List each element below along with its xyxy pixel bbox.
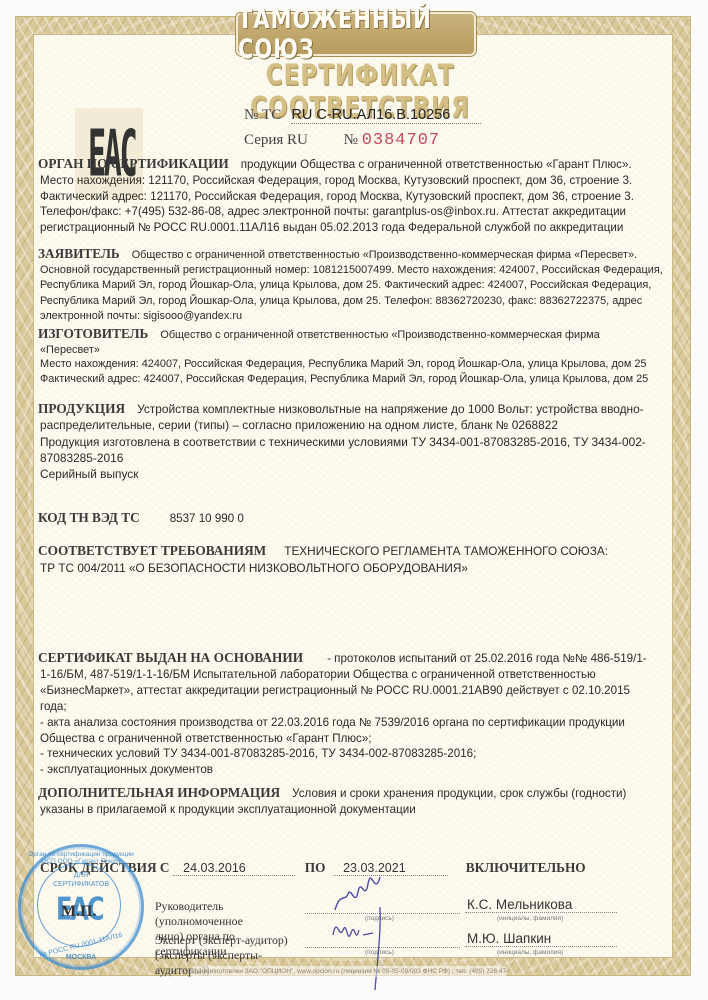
name-caption: (инициалы, фамилия) <box>497 915 563 922</box>
section-line: - технических условий ТУ 3434-001-870832… <box>38 746 668 762</box>
section-line: ТР ТС 004/2011 «О БЕЗОПАСНОСТИ НИЗКОВОЛЬ… <box>38 560 668 577</box>
section-requirements: СООТВЕТСТВУЕТ ТРЕБОВАНИЯМТЕХНИЧЕСКОГО РЕ… <box>38 542 668 577</box>
section-line: Условия и сроки хранения продукции, срок… <box>292 787 626 800</box>
section-heading: ИЗГОТОВИТЕЛЬ <box>38 326 148 341</box>
section-manufacturer: ИЗГОТОВИТЕЛЬОбщество с ограниченной отве… <box>38 327 668 386</box>
section-line: регистрационный № РОСС RU.0001.11АЛ16 вы… <box>38 220 668 236</box>
role-line: Руководитель (уполномоченное <box>155 899 295 929</box>
section-heading: КОД ТН ВЭД ТС <box>38 510 140 525</box>
blank-number-label: № <box>344 132 358 148</box>
section-line: электронной почты: sigisooo@yandex.ru <box>38 309 668 324</box>
section-heading: ЗАЯВИТЕЛЬ <box>38 246 120 261</box>
stamp-mp-label: М.П. <box>61 903 97 921</box>
stamp-center-text: ДЛЯ СЕРТИФИКАТОВ <box>21 871 141 889</box>
section-hs-code: КОД ТН ВЭД ТС8537 10 990 0 <box>38 510 668 527</box>
section-line: Серийный выпуск <box>38 466 668 482</box>
section-line: 87083285-2016 <box>38 450 668 466</box>
tc-number-line: № ТС RU C-RU.АЛ16.В.10256 <box>244 106 481 124</box>
role-line: Эксперт (эксперт-аудитор) <box>155 933 295 948</box>
section-line: Устройства комплектные низковольтные на … <box>137 402 644 416</box>
section-certification-body: ОРГАН ПО СЕРТИФИКАЦИИпродукции Общества … <box>38 156 668 236</box>
section-line: продукции Общества с ограниченной ответс… <box>241 158 632 171</box>
section-line: Общество с ограниченной ответственностью… <box>132 249 637 261</box>
section-line: ТЕХНИЧЕСКОГО РЕГЛАМЕНТА ТАМОЖЕННОГО СОЮЗ… <box>284 544 608 558</box>
section-line: 1-16/БМ, 487-519/1-1-16/БМ Испытательной… <box>38 667 668 683</box>
section-line: Республика Марий Эл, город Йошкар-Ола, у… <box>38 294 668 309</box>
section-heading: ПРОДУКЦИЯ <box>38 401 125 416</box>
section-line: - протоколов испытаний от 25.02.2016 год… <box>327 652 647 665</box>
signature-row-expert: Эксперт (эксперт-аудитор) (эксперты (экс… <box>155 933 655 969</box>
section-line: «БизнесМаркет», аттестат аккредитации ре… <box>38 683 668 699</box>
section-product: ПРОДУКЦИЯУстройства комплектные низковол… <box>38 401 668 482</box>
section-heading: СЕРТИФИКАТ ВЫДАН НА ОСНОВАНИИ <box>38 650 303 665</box>
validity-inclusive-label: ВКЛЮЧИТЕЛЬНО <box>466 860 586 875</box>
section-line: - эксплуатационных документов <box>38 762 668 778</box>
signature-expert-icon <box>325 905 395 995</box>
signature-row-head: Руководитель (уполномоченное лицо) орган… <box>155 899 655 935</box>
section-issue-basis: СЕРТИФИКАТ ВЫДАН НА ОСНОВАНИИ- протоколо… <box>38 650 668 778</box>
section-line: Фактический адрес: 121170, Российская Фе… <box>38 189 668 205</box>
name-caption: (инициалы, фамилия) <box>497 949 563 956</box>
tc-number-label: № ТС <box>244 107 281 123</box>
section-additional-info: ДОПОЛНИТЕЛЬНАЯ ИНФОРМАЦИЯУсловия и сроки… <box>38 785 668 818</box>
section-line: Телефон/факс: +7(495) 532-86-08, адрес э… <box>38 204 668 220</box>
section-line: Продукция изготовлена в соответствии с т… <box>38 434 668 450</box>
section-line: Общество с ограниченной ответственностью… <box>160 329 599 341</box>
stamp-center-line: СЕРТИФИКАТОВ <box>21 880 141 889</box>
signer-name: М.Ю. Шапкин <box>465 931 617 947</box>
validity-from-date: 24.03.2016 <box>173 861 295 876</box>
stamp-center-line: ДЛЯ <box>21 871 141 880</box>
section-line: Место нахождения: 424007, Российская Фед… <box>38 357 668 372</box>
section-line: Место нахождения: 121170, Российская Фед… <box>38 173 668 189</box>
printer-note: Бланк изготовлен ЗАО "ОПЦИОН", www.opcio… <box>190 966 508 977</box>
section-heading: ДОПОЛНИТЕЛЬНАЯ ИНФОРМАЦИЯ <box>38 785 280 800</box>
stamp-city: МОСКВА <box>21 954 141 961</box>
section-line: - акта анализа состояния производства от… <box>38 715 668 731</box>
validity-to-label: ПО <box>305 860 326 875</box>
series-label: Серия RU <box>244 132 308 148</box>
section-line: распределительные, серии (типы) – соглас… <box>38 417 668 433</box>
section-applicant: ЗАЯВИТЕЛЬОбщество с ограниченной ответст… <box>38 246 668 324</box>
hs-code-value: 8537 10 990 0 <box>170 512 244 525</box>
section-line: Общества с ограниченной ответственностью… <box>38 731 668 747</box>
customs-union-title: ТАМОЖЕННЫЙ СОЮЗ <box>238 4 474 64</box>
tc-number-value: RU C-RU.АЛ16.В.10256 <box>291 107 481 124</box>
signer-name: К.С. Мельникова <box>465 897 617 913</box>
customs-union-plate: ТАМОЖЕННЫЙ СОЮЗ <box>236 12 476 56</box>
section-line: Основной государственный регистрационный… <box>38 263 668 278</box>
section-line: года; <box>38 699 668 715</box>
section-line: «Пересвет» <box>38 343 668 358</box>
section-line: Фактический адрес: 424007, Российская Фе… <box>38 372 668 387</box>
section-line: указаны в прилагаемой к продукции эксплу… <box>38 802 668 818</box>
section-heading: СООТВЕТСТВУЕТ ТРЕБОВАНИЯМ <box>38 543 266 558</box>
series-line: Серия RU № 0384707 <box>244 131 440 150</box>
section-heading: ОРГАН ПО СЕРТИФИКАЦИИ <box>38 156 229 171</box>
official-stamp: Орган по сертификации продукции ОСП ООО … <box>18 844 144 970</box>
section-line: Республика Марий Эл, город Йошкар-Ола, у… <box>38 278 668 293</box>
blank-number: 0384707 <box>362 131 440 150</box>
